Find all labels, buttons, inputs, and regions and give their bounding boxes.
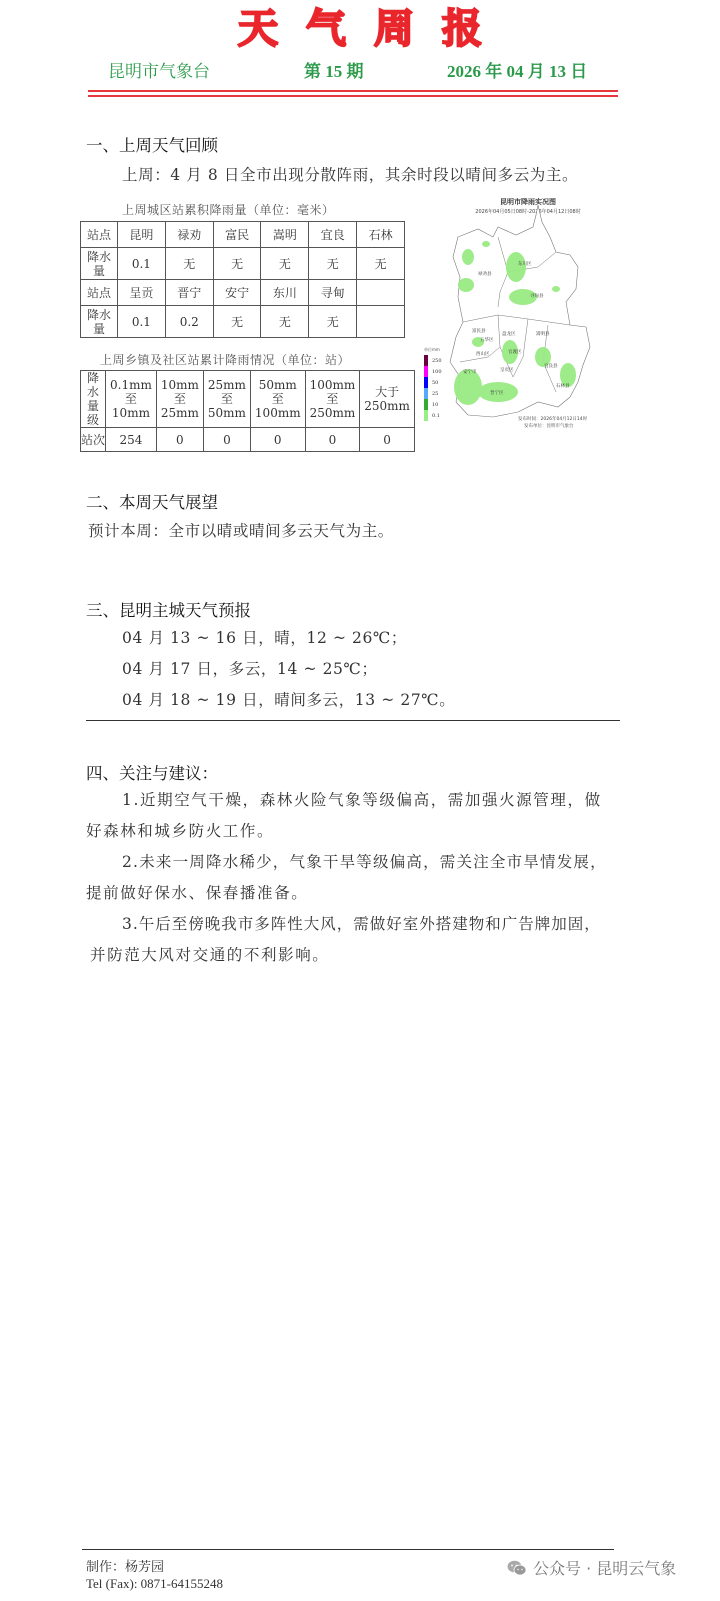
- map-shape: 东川区 禄劝县 寻甸县 富民县 盘龙区 嵩明县 五华区 西山区 官渡区 安宁市 …: [438, 197, 618, 437]
- legend-swatch: [424, 377, 428, 388]
- map-issuer: 发布单位：昆明市气象台: [524, 423, 574, 429]
- map-legend: 250 100 50 25 10 0.1: [424, 355, 446, 421]
- cell: 0.1: [118, 306, 166, 338]
- cell: 100mm 至 250mm: [305, 371, 360, 428]
- section-title-forecast: 三、昆明主城天气预报: [86, 597, 251, 621]
- cell: 0: [305, 428, 360, 452]
- cell: 无: [213, 248, 261, 280]
- issue-number: 第 15 期: [304, 57, 364, 82]
- legend-swatch: [424, 355, 428, 366]
- svg-text:寻甸县: 寻甸县: [530, 292, 544, 299]
- cell: 无: [261, 306, 309, 338]
- cell: 无: [261, 248, 309, 280]
- cell: 禄劝: [165, 222, 213, 248]
- advice-item-3-line1: 3.午后至傍晚我市多阵性大风，需做好室外搭建物和广告牌加固，: [122, 914, 601, 934]
- svg-text:西山区: 西山区: [476, 350, 490, 357]
- cell: 站点: [81, 222, 118, 248]
- outlook-text: 预计本周：全市以晴或晴间多云天气为主。: [88, 521, 394, 541]
- cell: 无: [165, 248, 213, 280]
- table2-caption: 上周乡镇及社区站累计降雨情况（单位：站）: [100, 351, 350, 368]
- cell: 富民: [213, 222, 261, 248]
- cell: 降水量级: [81, 371, 106, 428]
- cell: 0: [203, 428, 250, 452]
- svg-text:嵩明县: 嵩明县: [536, 330, 550, 337]
- wechat-watermark: 公众号 · 昆明云气象: [507, 1556, 676, 1579]
- cell: 0.2: [165, 306, 213, 338]
- cell: 降水量: [81, 248, 118, 280]
- map-issue-time: 发布时间：2026年04月12日14时: [518, 416, 587, 422]
- advice-item-1-line1: 1.近期空气干燥，森林火险气象等级偏高，需加强火源管理，做: [122, 790, 602, 810]
- svg-text:呈贡区: 呈贡区: [500, 366, 514, 373]
- cell: 东川: [261, 280, 309, 306]
- svg-text:官渡区: 官渡区: [508, 348, 522, 355]
- svg-text:石林县: 石林县: [556, 382, 570, 389]
- cell: 10mm 至 25mm: [156, 371, 203, 428]
- cell: 无: [309, 248, 357, 280]
- cell: 0.1: [118, 248, 166, 280]
- header-divider-top: [88, 90, 618, 92]
- legend-swatch: [424, 388, 428, 399]
- advice-item-2-line2: 提前做好保水、保春播准备。: [86, 883, 308, 903]
- table1-caption: 上周城区站累积降雨量（单位：毫米）: [122, 201, 335, 218]
- legend-label: 10: [432, 402, 438, 408]
- section-title-outlook: 二、本周天气展望: [86, 489, 218, 513]
- legend-unit: 单位mm: [424, 347, 440, 353]
- cell: 0: [360, 428, 415, 452]
- svg-text:五华区: 五华区: [480, 336, 494, 343]
- svg-text:禄劝县: 禄劝县: [478, 270, 492, 277]
- author: 制作：杨芳园: [86, 1556, 164, 1575]
- cell: 无: [357, 248, 405, 280]
- cell: 25mm 至 50mm: [203, 371, 250, 428]
- cell: 0: [156, 428, 203, 452]
- cell: [357, 280, 405, 306]
- wechat-icon: [507, 1560, 527, 1576]
- legend-swatch: [424, 366, 428, 377]
- svg-text:安宁市: 安宁市: [463, 368, 477, 375]
- cell: 降水量: [81, 306, 118, 338]
- rainfall-map: 昆明市降雨实况图 2026年04月05日08时-2026年04月12日08时 东…: [438, 197, 618, 437]
- advice-item-2-line1: 2.未来一周降水稀少，气象干旱等级偏高，需关注全市旱情发展，: [122, 852, 607, 872]
- header-divider-bottom: [88, 95, 618, 97]
- legend-swatch: [424, 399, 428, 410]
- cell: 50mm 至 100mm: [250, 371, 305, 428]
- issue-date: 2026 年 04 月 13 日: [447, 57, 587, 82]
- legend-label: 25: [432, 391, 438, 397]
- advice-item-1-line2: 好森林和城乡防火工作。: [86, 821, 274, 841]
- section-divider: [86, 720, 620, 721]
- cell: 无: [213, 306, 261, 338]
- review-summary: 上周：4 月 8 日全市出现分散阵雨，其余时段以晴间多云为主。: [122, 165, 578, 185]
- footer-divider: [82, 1549, 614, 1550]
- cell: 石林: [357, 222, 405, 248]
- svg-text:东川区: 东川区: [518, 260, 532, 267]
- city-rainfall-table: 站点 昆明 禄劝 富民 嵩明 宜良 石林 降水量 0.1 无 无 无 无 无 站…: [80, 221, 405, 338]
- cell: 寻甸: [309, 280, 357, 306]
- cell: 呈贡: [118, 280, 166, 306]
- cell: 大于 250mm: [360, 371, 415, 428]
- cell: 昆明: [118, 222, 166, 248]
- cell: 站点: [81, 280, 118, 306]
- legend-label: 50: [432, 380, 438, 386]
- svg-text:宜良县: 宜良县: [544, 362, 558, 369]
- svg-text:富民县: 富民县: [472, 327, 486, 334]
- forecast-line: 04 月 18 ~ 19 日，晴间多云，13 ~ 27℃。: [122, 690, 455, 710]
- forecast-line: 04 月 17 日，多云，14 ~ 25℃；: [122, 659, 378, 679]
- svg-text:盘龙区: 盘龙区: [502, 330, 516, 337]
- advice-item-3-line2: 并防范大风对交通的不利影响。: [90, 945, 329, 965]
- svg-text:晋宁区: 晋宁区: [490, 389, 504, 396]
- section-title-review: 一、上周天气回顾: [86, 132, 218, 156]
- cell: 宜良: [309, 222, 357, 248]
- township-rainfall-table: 降水量级 0.1mm 至 10mm 10mm 至 25mm 25mm 至 50m…: [80, 370, 415, 452]
- cell: 无: [309, 306, 357, 338]
- cell: [357, 306, 405, 338]
- cell: 0: [250, 428, 305, 452]
- forecast-line: 04 月 13 ~ 16 日，晴，12 ~ 26℃；: [122, 628, 407, 648]
- cell: 0.1mm 至 10mm: [106, 371, 157, 428]
- report-title: 天气周报: [0, 4, 720, 54]
- cell: 安宁: [213, 280, 261, 306]
- cell: 254: [106, 428, 157, 452]
- legend-label: 250: [432, 358, 442, 364]
- telephone: Tel (Fax): 0871-64155248: [86, 1576, 223, 1592]
- legend-label: 0.1: [432, 413, 440, 419]
- watermark-text: 公众号 · 昆明云气象: [533, 1556, 676, 1579]
- cell: 站次: [81, 428, 106, 452]
- agency-name: 昆明市气象台: [108, 57, 210, 82]
- legend-label: 100: [432, 369, 442, 375]
- cell: 晋宁: [165, 280, 213, 306]
- legend-swatch: [424, 410, 428, 421]
- section-title-advice: 四、关注与建议：: [86, 760, 218, 784]
- cell: 嵩明: [261, 222, 309, 248]
